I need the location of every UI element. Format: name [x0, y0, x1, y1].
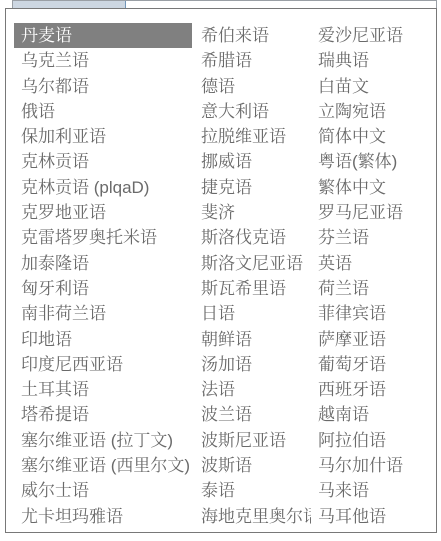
language-column-2: 希伯来语希腊语德语意大利语拉脱维亚语挪威语捷克语斐济斯洛伐克语斯洛文尼亚语斯瓦希…	[194, 23, 311, 529]
language-option[interactable]: 塔希提语	[14, 402, 192, 427]
language-dropdown-list: 丹麦语乌克兰语乌尔都语俄语保加利亚语克林贡语克林贡语 (plqaD)克罗地亚语克…	[5, 8, 437, 533]
language-option[interactable]: 希伯来语	[194, 23, 311, 48]
language-option[interactable]: 日语	[194, 301, 311, 326]
language-option[interactable]: 萨摩亚语	[311, 327, 435, 352]
language-option[interactable]: 塞尔维亚语 (西里尔文)	[14, 453, 192, 478]
language-option[interactable]: 克罗地亚语	[14, 200, 192, 225]
language-option[interactable]: 拉脱维亚语	[194, 124, 311, 149]
language-option[interactable]: 葡萄牙语	[311, 352, 435, 377]
language-option[interactable]: 德语	[194, 74, 311, 99]
language-option[interactable]: 朝鲜语	[194, 327, 311, 352]
language-option[interactable]: 印度尼西亚语	[14, 352, 192, 377]
language-option[interactable]: 丹麦语	[14, 23, 192, 48]
language-column-1: 丹麦语乌克兰语乌尔都语俄语保加利亚语克林贡语克林贡语 (plqaD)克罗地亚语克…	[14, 23, 192, 529]
language-option[interactable]: 波斯尼亚语	[194, 428, 311, 453]
language-option[interactable]: 粤语(繁体)	[311, 149, 435, 174]
language-option[interactable]: 尤卡坦玛雅语	[14, 504, 192, 529]
language-column-3: 爱沙尼亚语瑞典语白苗文立陶宛语简体中文粤语(繁体)繁体中文罗马尼亚语芬兰语英语荷…	[311, 23, 435, 529]
language-option[interactable]: 克林贡语 (plqaD)	[14, 175, 192, 200]
language-option[interactable]: 菲律宾语	[311, 301, 435, 326]
language-option[interactable]: 斐济	[194, 200, 311, 225]
language-option[interactable]: 捷克语	[194, 175, 311, 200]
language-picker-screen: 丹麦语乌克兰语乌尔都语俄语保加利亚语克林贡语克林贡语 (plqaD)克罗地亚语克…	[0, 0, 441, 541]
language-option[interactable]: 乌克兰语	[14, 48, 192, 73]
language-option[interactable]: 荷兰语	[311, 276, 435, 301]
language-option[interactable]: 立陶宛语	[311, 99, 435, 124]
language-option[interactable]: 马来语	[311, 478, 435, 503]
language-option[interactable]: 斯洛伐克语	[194, 225, 311, 250]
language-option[interactable]: 法语	[194, 377, 311, 402]
language-option[interactable]: 斯瓦希里语	[194, 276, 311, 301]
language-option[interactable]: 汤加语	[194, 352, 311, 377]
language-option[interactable]: 加泰隆语	[14, 251, 192, 276]
language-option[interactable]: 阿拉伯语	[311, 428, 435, 453]
language-option[interactable]: 罗马尼亚语	[311, 200, 435, 225]
language-option[interactable]: 挪威语	[194, 149, 311, 174]
language-option[interactable]: 繁体中文	[311, 175, 435, 200]
language-option[interactable]: 简体中文	[311, 124, 435, 149]
language-option[interactable]: 白苗文	[311, 74, 435, 99]
language-option[interactable]: 希腊语	[194, 48, 311, 73]
language-option[interactable]: 乌尔都语	[14, 74, 192, 99]
language-option[interactable]: 马尔加什语	[311, 453, 435, 478]
language-option[interactable]: 泰语	[194, 478, 311, 503]
language-option[interactable]: 匈牙利语	[14, 276, 192, 301]
language-option[interactable]: 越南语	[311, 402, 435, 427]
language-option[interactable]: 马耳他语	[311, 504, 435, 529]
language-option[interactable]: 英语	[311, 251, 435, 276]
language-option[interactable]: 芬兰语	[311, 225, 435, 250]
language-option[interactable]: 克林贡语	[14, 149, 192, 174]
language-option[interactable]: 波兰语	[194, 402, 311, 427]
language-option[interactable]: 意大利语	[194, 99, 311, 124]
language-option[interactable]: 斯洛文尼亚语	[194, 251, 311, 276]
language-option[interactable]: 爱沙尼亚语	[311, 23, 435, 48]
language-option[interactable]: 西班牙语	[311, 377, 435, 402]
language-option[interactable]: 土耳其语	[14, 377, 192, 402]
language-option[interactable]: 威尔士语	[14, 478, 192, 503]
language-option[interactable]: 海地克里奥尔语	[194, 504, 311, 529]
language-option[interactable]: 俄语	[14, 99, 192, 124]
language-option[interactable]: 克雷塔罗奥托米语	[14, 225, 192, 250]
language-option[interactable]: 保加利亚语	[14, 124, 192, 149]
language-option[interactable]: 瑞典语	[311, 48, 435, 73]
language-option[interactable]: 塞尔维亚语 (拉丁文)	[14, 428, 192, 453]
language-option[interactable]: 波斯语	[194, 453, 311, 478]
language-option[interactable]: 南非荷兰语	[14, 301, 192, 326]
language-option[interactable]: 印地语	[14, 327, 192, 352]
